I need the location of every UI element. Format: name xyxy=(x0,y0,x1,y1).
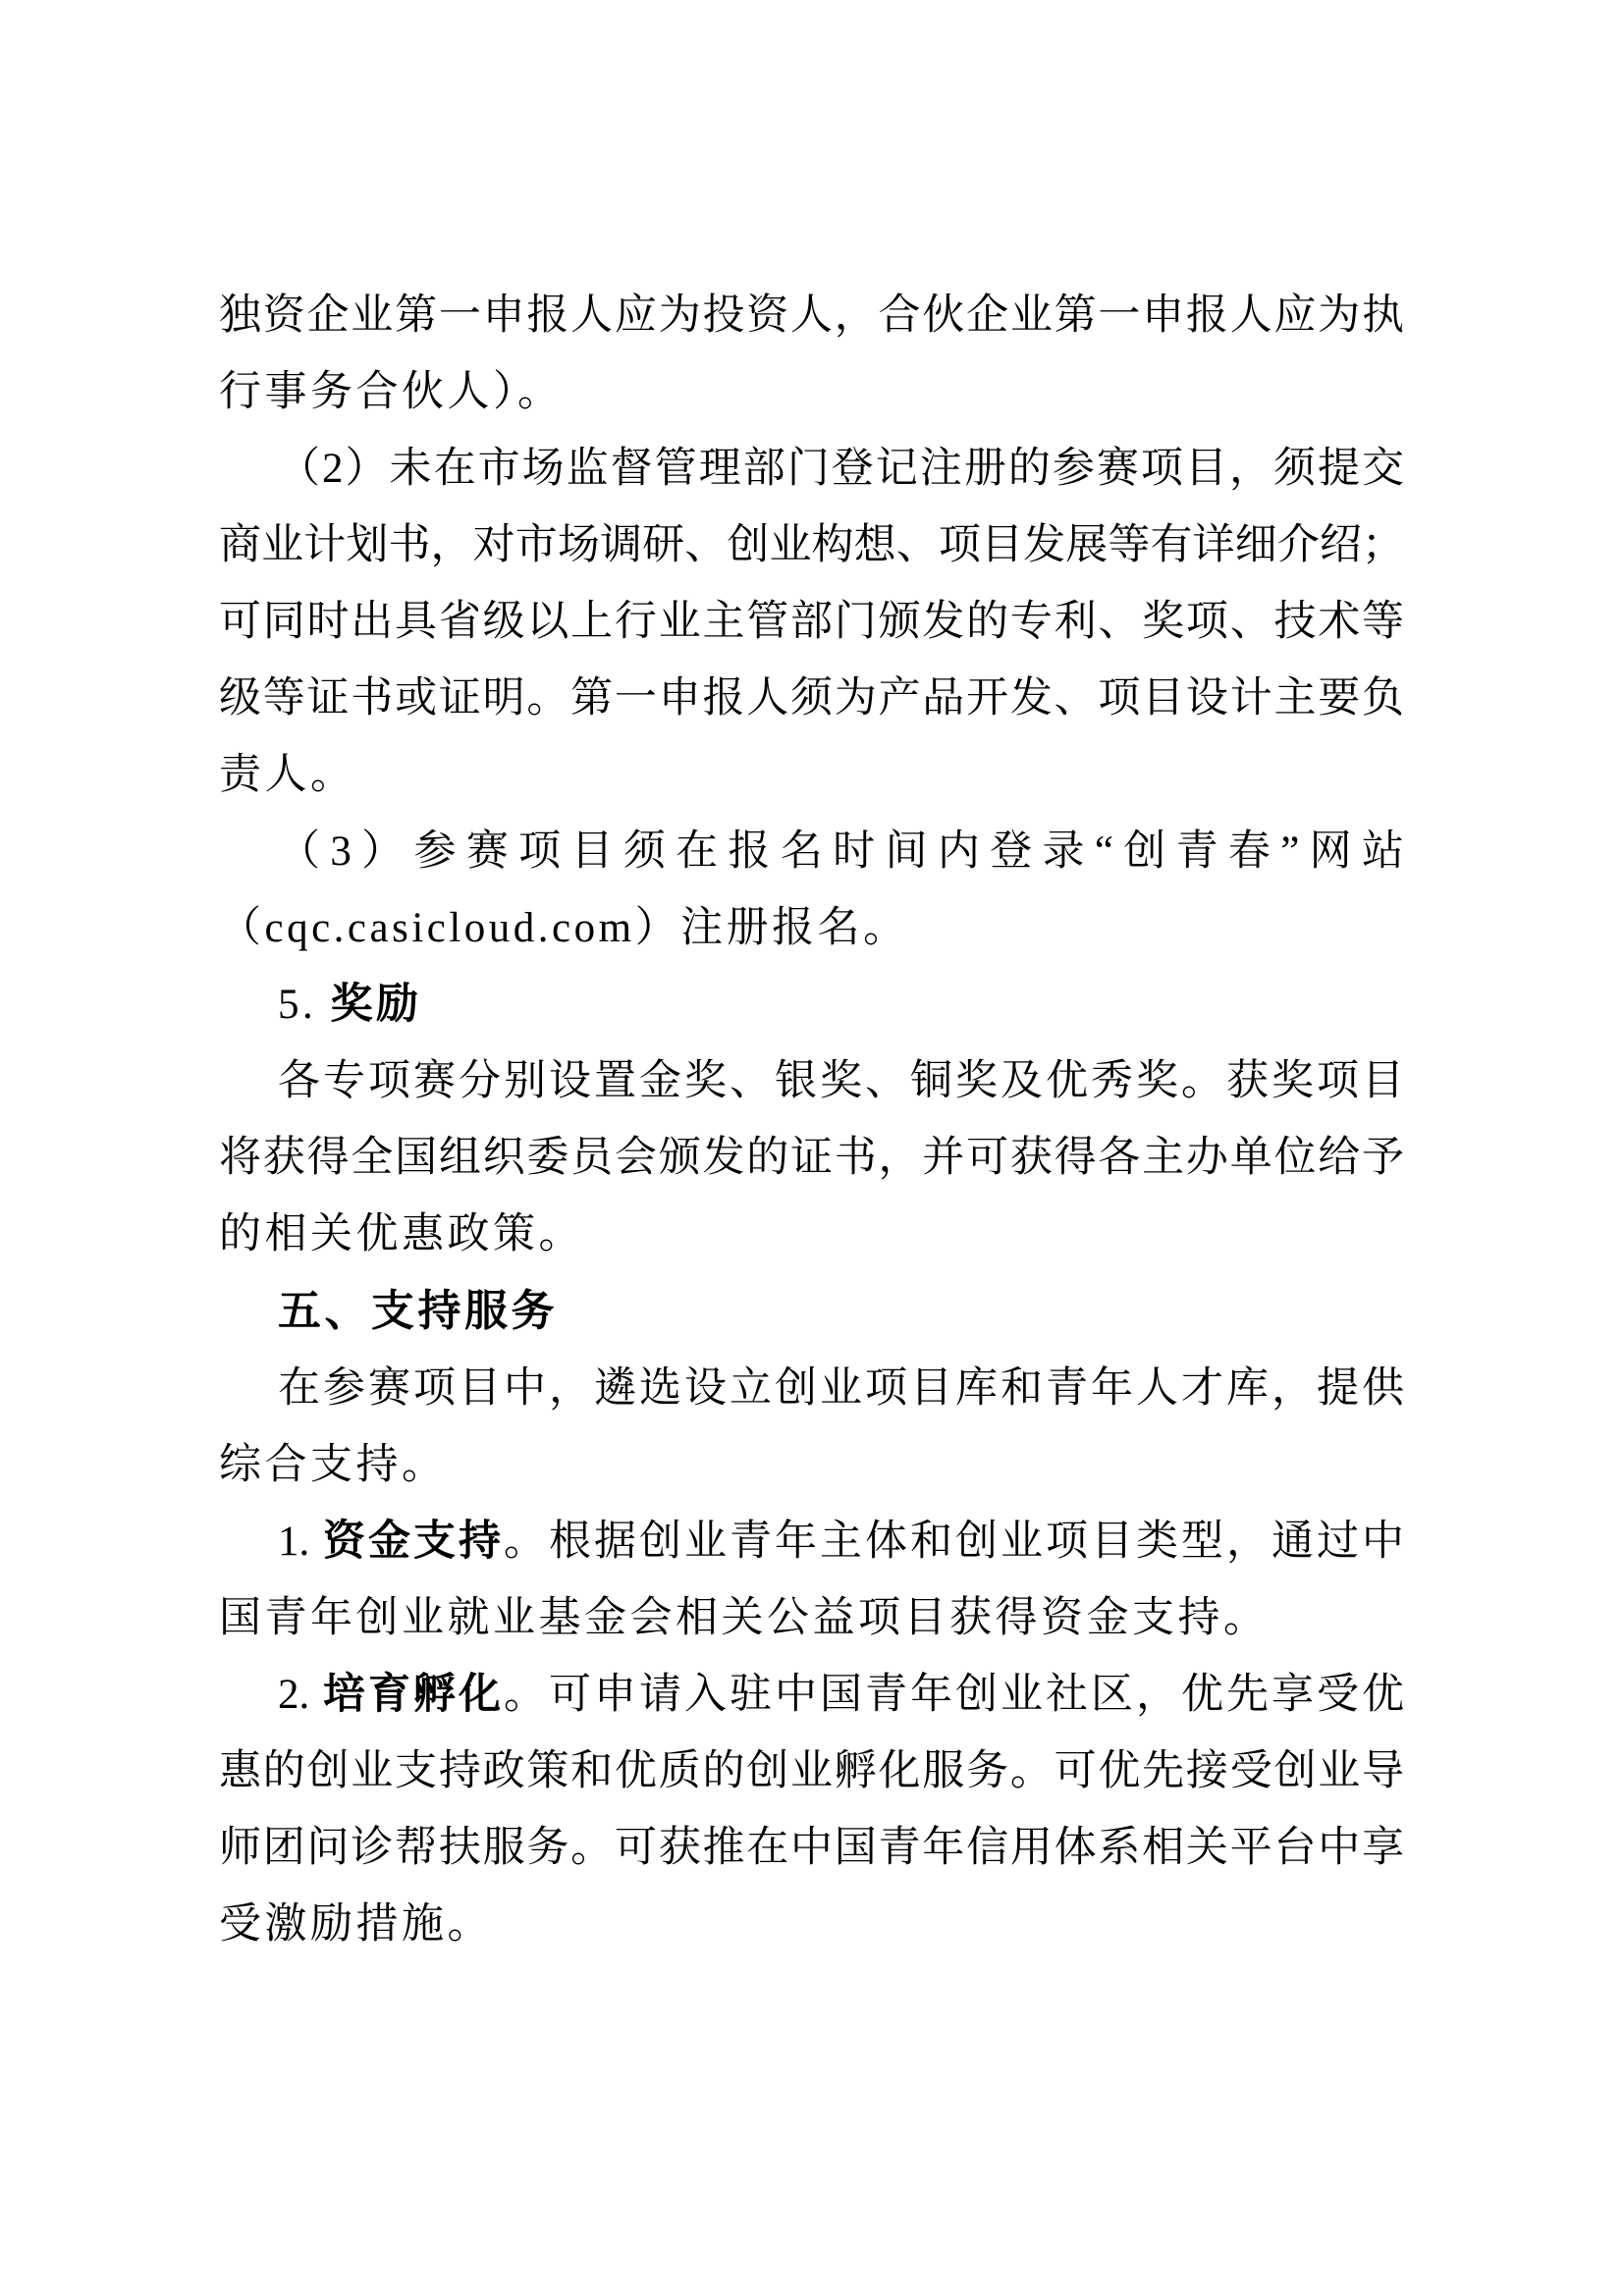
text-line: 各专项赛分别设置金奖、银奖、铜奖及优秀奖。获奖项目 xyxy=(219,1043,1404,1120)
text-segment: 1. xyxy=(278,1519,323,1565)
document-body: 独资企业第一申报人应为投资人，合伙企业第一申报人应为执行事务合伙人）。（2）未在… xyxy=(219,278,1404,1963)
text-segment: 可同时出具省级以上行业主管部门颁发的专利、奖项、技术等 xyxy=(219,599,1404,645)
text-line: （2）未在市场监督管理部门登记注册的参赛项目，须提交 xyxy=(219,431,1404,507)
text-segment: 惠的创业支持政策和优质的创业孵化服务。可优先接受创业导 xyxy=(219,1748,1404,1794)
page: 独资企业第一申报人应为投资人，合伙企业第一申报人应为执行事务合伙人）。（2）未在… xyxy=(0,0,1623,2296)
text-segment: 资金支持 xyxy=(323,1519,504,1565)
text-segment: （3）参赛项目须在报名时间内登录“创青春”网站 xyxy=(278,828,1404,875)
text-line: 在参赛项目中，遴选设立创业项目库和青年人才库，提供 xyxy=(219,1351,1404,1427)
text-line: 国青年创业就业基金会相关公益项目获得资金支持。 xyxy=(219,1580,1404,1657)
text-segment: 级等证书或证明。第一申报人须为产品开发、项目设计主要负 xyxy=(219,675,1404,721)
text-line: 惠的创业支持政策和优质的创业孵化服务。可优先接受创业导 xyxy=(219,1734,1404,1810)
text-segment: 的相关优惠政策。 xyxy=(219,1211,584,1257)
text-line: 受激励措施。 xyxy=(219,1887,1404,1963)
text-line: 行事务合伙人）。 xyxy=(219,354,1404,431)
text-line: 综合支持。 xyxy=(219,1427,1404,1504)
text-segment: 。可申请入驻中国青年创业社区，优先享受优 xyxy=(504,1672,1404,1718)
text-line: 级等证书或证明。第一申报人须为产品开发、项目设计主要负 xyxy=(219,661,1404,737)
text-line: 商业计划书，对市场调研、创业构想、项目发展等有详细介绍； xyxy=(219,507,1404,584)
text-line: 可同时出具省级以上行业主管部门颁发的专利、奖项、技术等 xyxy=(219,584,1404,661)
text-line: 将获得全国组织委员会颁发的证书，并可获得各主办单位给予 xyxy=(219,1120,1404,1197)
text-segment: 受激励措施。 xyxy=(219,1901,493,1948)
text-line: 5. 奖励 xyxy=(219,967,1404,1043)
text-segment: 综合支持。 xyxy=(219,1442,448,1488)
text-segment: 奖励 xyxy=(331,982,422,1028)
text-segment: 5. xyxy=(278,982,331,1028)
text-segment: 独资企业第一申报人应为投资人，合伙企业第一申报人应为执 xyxy=(219,293,1404,339)
text-line: 2. 培育孵化。可申请入驻中国青年创业社区，优先享受优 xyxy=(219,1657,1404,1734)
text-segment: 。根据创业青年主体和创业项目类型，通过中 xyxy=(504,1519,1404,1565)
text-segment: 2. xyxy=(278,1672,323,1718)
text-segment: 行事务合伙人）。 xyxy=(219,369,564,415)
text-segment: 各专项赛分别设置金奖、银奖、铜奖及优秀奖。获奖项目 xyxy=(278,1058,1404,1104)
section-heading: 五、支持服务 xyxy=(278,1287,558,1335)
text-segment: 责人。 xyxy=(219,752,356,798)
text-segment: 师团问诊帮扶服务。可获推在中国青年信用体系相关平台中享 xyxy=(219,1825,1404,1871)
text-segment: 国青年创业就业基金会相关公益项目获得资金支持。 xyxy=(219,1595,1270,1641)
text-line: （cqc.casicloud.com）注册报名。 xyxy=(219,890,1404,967)
text-segment: 将获得全国组织委员会颁发的证书，并可获得各主办单位给予 xyxy=(219,1135,1404,1181)
text-line: 责人。 xyxy=(219,737,1404,814)
text-line: （3）参赛项目须在报名时间内登录“创青春”网站 xyxy=(219,814,1404,890)
text-segment: 商业计划书，对市场调研、创业构想、项目发展等有详细介绍； xyxy=(219,522,1404,568)
text-line: 的相关优惠政策。 xyxy=(219,1197,1404,1273)
text-line: 1. 资金支持。根据创业青年主体和创业项目类型，通过中 xyxy=(219,1504,1404,1580)
text-segment: （cqc.casicloud.com）注册报名。 xyxy=(219,905,909,951)
text-segment: 在参赛项目中，遴选设立创业项目库和青年人才库，提供 xyxy=(278,1365,1404,1412)
text-line: 独资企业第一申报人应为投资人，合伙企业第一申报人应为执 xyxy=(219,278,1404,354)
text-segment: （2）未在市场监督管理部门登记注册的参赛项目，须提交 xyxy=(278,446,1404,492)
text-line: 师团问诊帮扶服务。可获推在中国青年信用体系相关平台中享 xyxy=(219,1810,1404,1887)
text-segment: 培育孵化 xyxy=(323,1672,504,1718)
text-line: 五、支持服务 xyxy=(219,1273,1404,1351)
